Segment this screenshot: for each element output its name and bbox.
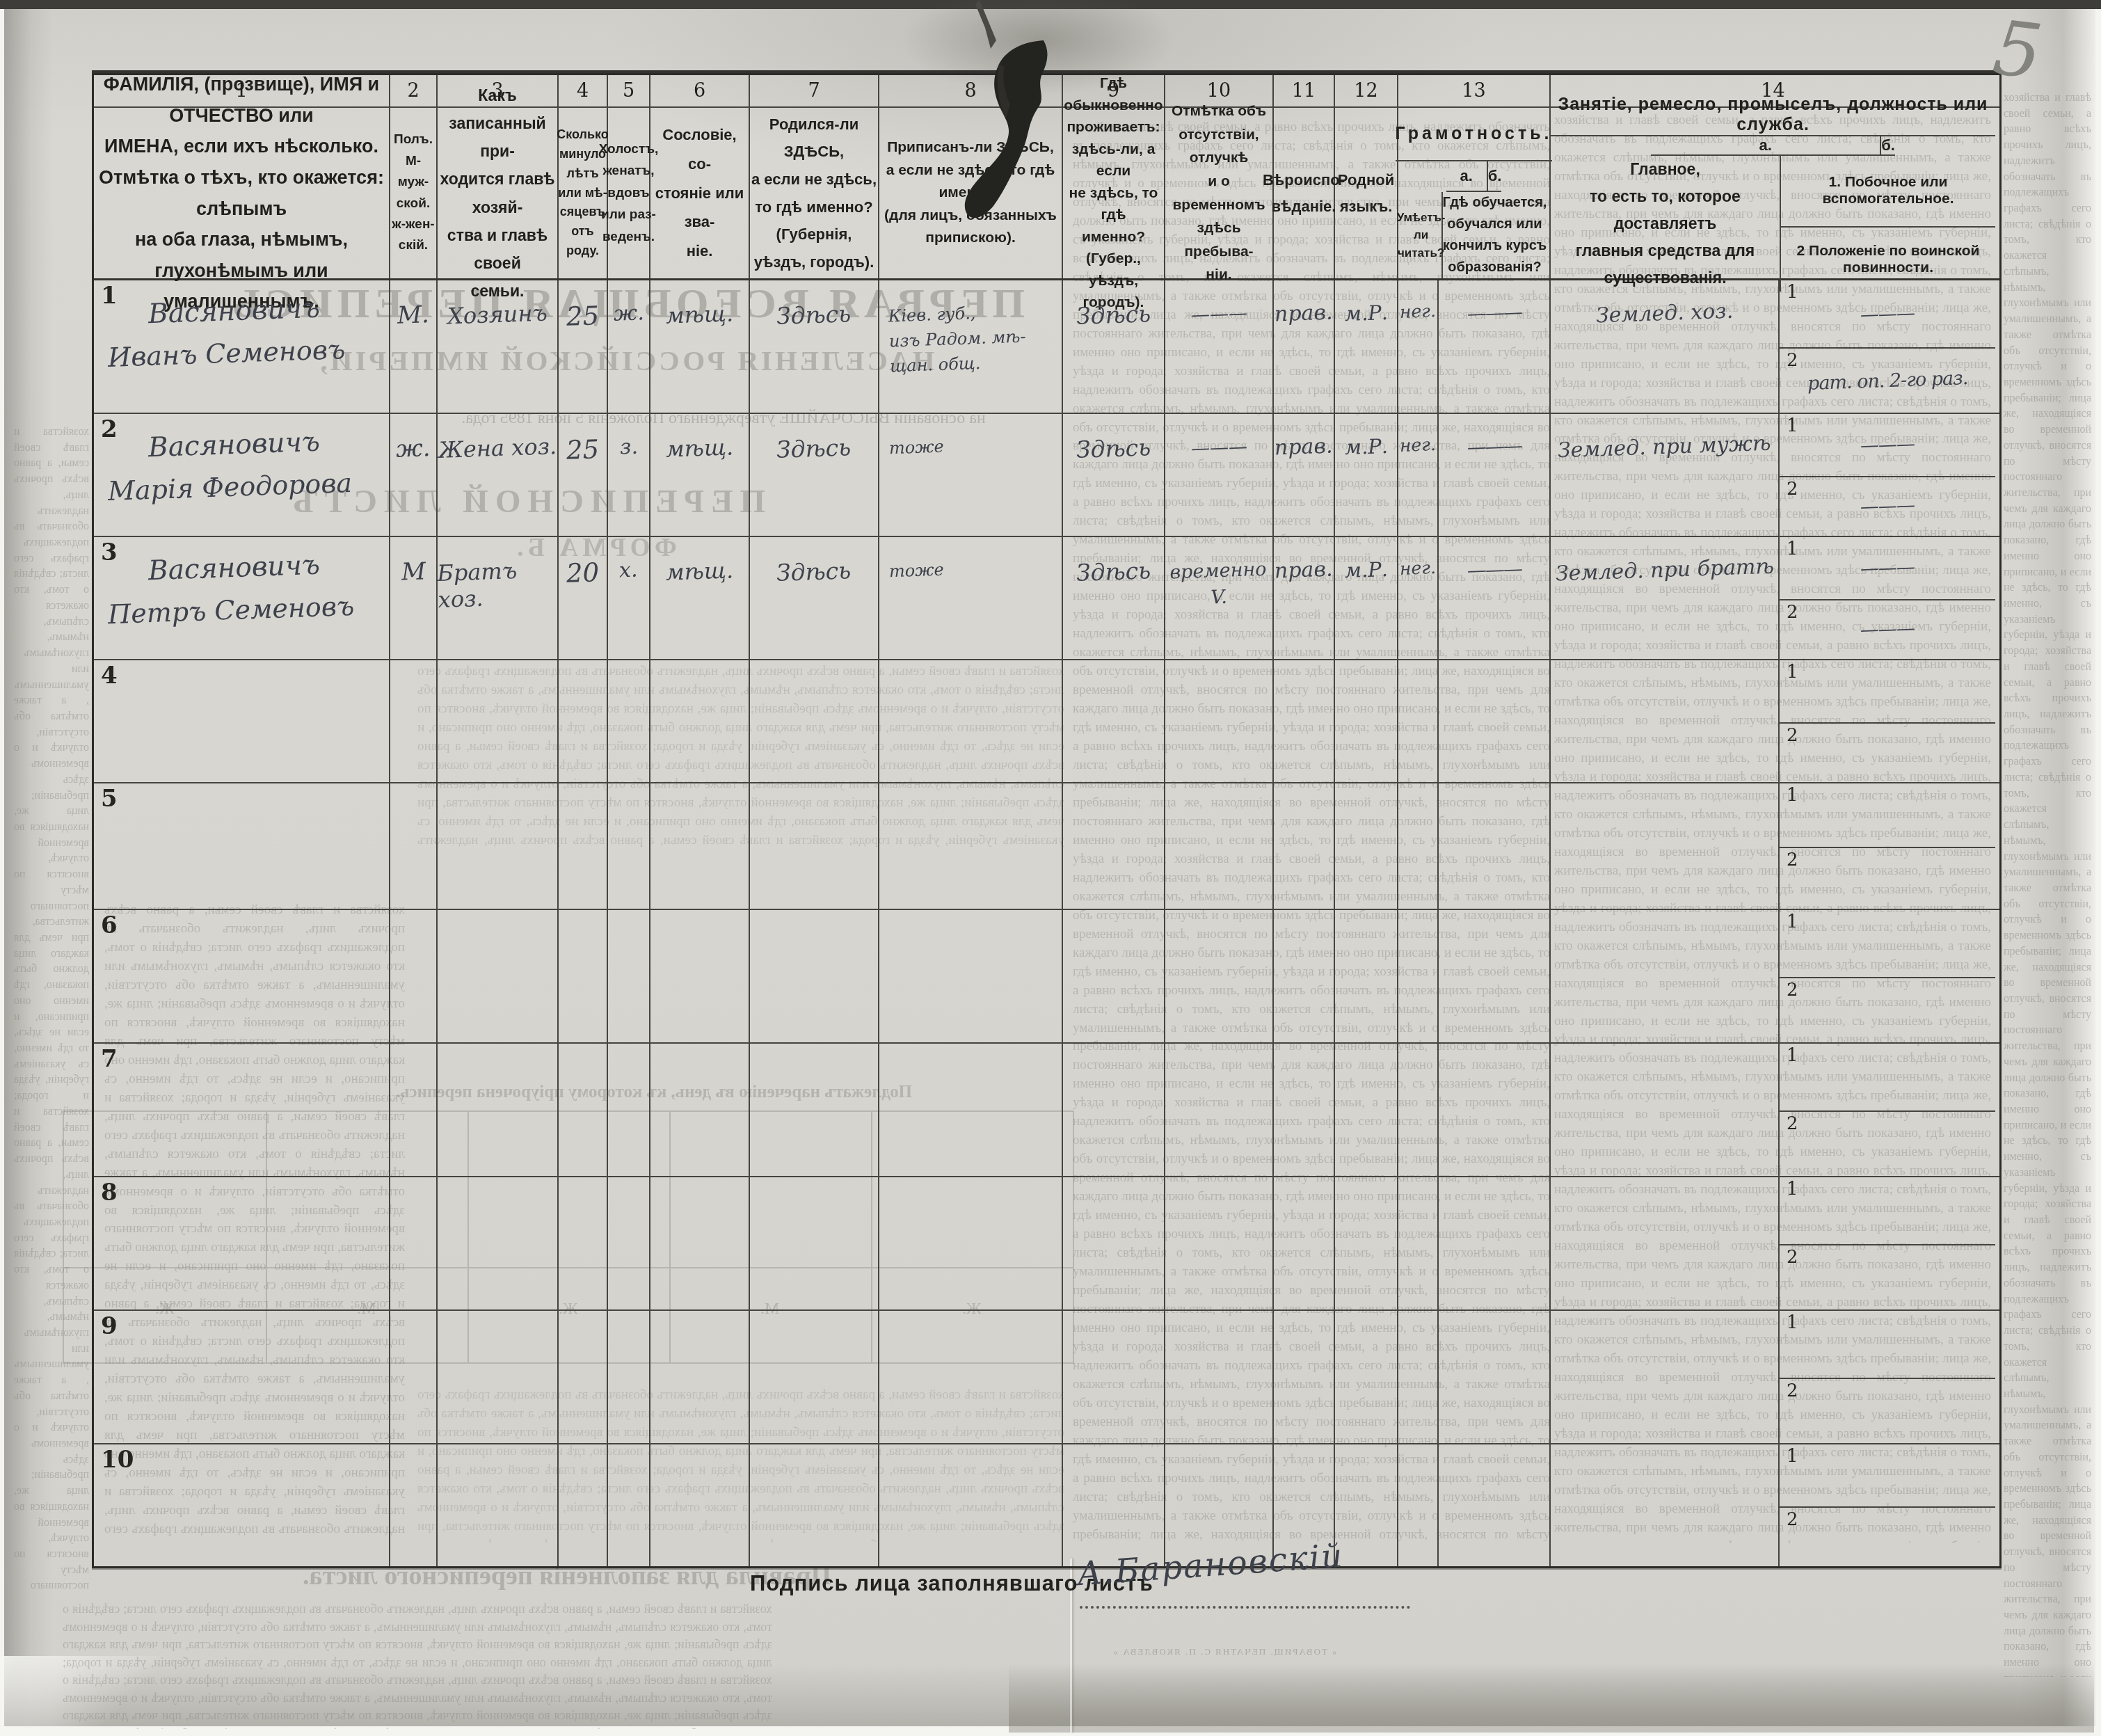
cell-sex: М xyxy=(390,537,438,659)
cell-registration xyxy=(879,1444,1063,1566)
cell-absence xyxy=(1165,910,1274,1042)
cell-residence xyxy=(1063,660,1165,782)
cell-relation xyxy=(438,1044,559,1176)
cell-reads xyxy=(1398,1444,1439,1566)
sub-label-1: 1 xyxy=(1787,415,1798,436)
cell-faith: прав. xyxy=(1274,537,1335,659)
cell-birthplace: Здѣсь xyxy=(750,414,879,536)
cell-name: 8 xyxy=(94,1177,390,1309)
cell-birthplace: Здѣсь xyxy=(750,280,879,413)
cell-language xyxy=(1335,910,1398,1042)
cell-estate xyxy=(650,910,750,1042)
scanned-census-sheet: ПЕРВАЯ ВСЕОБЩАЯ ПЕРЕПИСЬ НАСЕЛЕНІЯ РОССІ… xyxy=(0,0,2101,1736)
cell-birthplace xyxy=(750,1177,879,1309)
cell-absence xyxy=(1165,1311,1274,1443)
cell-relation: Братъ хоз. xyxy=(438,537,559,659)
cell-residence: Здѣсь xyxy=(1063,280,1165,413)
cell-occupation-secondary: 12 xyxy=(1780,783,1995,909)
column-number: 12 xyxy=(1335,75,1398,106)
bleedthrough-text: хозяйства и главѣ своей семьи, а равно в… xyxy=(14,424,89,1593)
header-literacy-a-text: Умѣетъ- ли читать? xyxy=(1401,192,1443,278)
row-number: 9 xyxy=(101,1312,118,1340)
cell-faith xyxy=(1274,1044,1335,1176)
cell-faith: прав. xyxy=(1274,414,1335,536)
table-body: 1ВасяновичъИванъ СеменовъМ.Хозяинъ25ж.мѣ… xyxy=(94,280,1999,1566)
header-residence: Гдѣ обыкновенно проживаетъ: здѣсь-ли, а … xyxy=(1063,108,1165,278)
header-literacy: Грамотность. a. б. Умѣетъ- ли читать? Гд… xyxy=(1398,108,1551,278)
sub-label-2: 2 xyxy=(1787,850,1798,870)
cell-name: 9 xyxy=(94,1311,390,1443)
cell-absence: временно V. xyxy=(1165,537,1274,659)
header-faith: Вѣроиспо- вѣданіе. xyxy=(1274,108,1335,278)
military-status: 2 xyxy=(1780,1112,1995,1176)
cell-reads: нег. xyxy=(1398,537,1439,659)
cell-occupation-secondary: 12 xyxy=(1780,1444,1995,1566)
sub-label-2: 2 xyxy=(1787,602,1798,623)
header-occupation: Занятіе, ремесло, промыселъ, должность и… xyxy=(1551,108,1995,278)
surname: Васяновичъ xyxy=(147,422,321,469)
cell-education: ——— xyxy=(1439,537,1551,659)
cell-faith xyxy=(1274,1311,1335,1443)
cell-occupation-secondary: 12 xyxy=(1780,1311,1995,1443)
cell-name: 3ВасяновичъПетръ Семеновъ xyxy=(94,537,390,659)
cell-residence: Здѣсь xyxy=(1063,414,1165,536)
cell-name: 6 xyxy=(94,910,390,1042)
cell-reads xyxy=(1398,1177,1439,1309)
cell-absence xyxy=(1165,783,1274,909)
cell-age xyxy=(559,1311,608,1443)
sub-label-1: 1 xyxy=(1787,1312,1798,1333)
occupation-side: 1 xyxy=(1780,1177,1995,1245)
sub-label-1: 1 xyxy=(1787,1179,1798,1200)
bleedthrough-text: хозяйства и главѣ своей семьи, а равно в… xyxy=(2004,90,2091,1677)
sub-label-1: 1 xyxy=(1787,539,1798,559)
cell-faith: прав. xyxy=(1274,280,1335,413)
header-row: ФАМИЛІЯ, (прозвище), ИМЯ и ОТЧЕСТВО или … xyxy=(94,108,1999,280)
row-number: 2 xyxy=(101,415,118,443)
cell-estate: мѣщ. xyxy=(650,280,750,413)
sub-label-2: 2 xyxy=(1787,1380,1798,1401)
row-number: 1 xyxy=(101,282,118,310)
cell-residence xyxy=(1063,783,1165,909)
table-row: 612 xyxy=(94,910,1999,1044)
cell-language xyxy=(1335,1444,1398,1566)
header-absence: Отмѣтка объ отсутствіи, отлучкѣ и о врем… xyxy=(1165,108,1274,278)
row-number: 4 xyxy=(101,662,118,690)
sub-label-2: 2 xyxy=(1787,980,1798,1001)
cell-name: 2ВасяновичъМарія Феодорова xyxy=(94,414,390,536)
cell-sex xyxy=(390,783,438,909)
cell-language: м.Р. xyxy=(1335,414,1398,536)
column-number: 5 xyxy=(608,75,650,106)
cell-residence xyxy=(1063,910,1165,1042)
cell-registration xyxy=(879,910,1063,1042)
census-table: 1 2 3 4 5 6 7 8 9 10 11 12 13 14 ФАМИЛІЯ… xyxy=(92,73,2002,1568)
cell-estate xyxy=(650,1444,750,1566)
cell-estate xyxy=(650,1177,750,1309)
cell-occupation-main: Землед. при мужѣ xyxy=(1551,414,1780,536)
occupation-side: 1——— xyxy=(1780,280,1995,349)
table-row: 2ВасяновичъМарія Феодороваж.Жена хоз.25з… xyxy=(94,414,1999,537)
occupation-side: 1 xyxy=(1780,1444,1995,1508)
cell-language xyxy=(1335,660,1398,782)
column-number: 7 xyxy=(750,75,879,106)
cell-occupation-main: Землед. при братѣ xyxy=(1551,537,1780,659)
occupation-side: 1 xyxy=(1780,1044,1995,1112)
cell-registration xyxy=(879,660,1063,782)
cell-absence: ——— xyxy=(1165,280,1274,413)
given-name: Иванъ Семеновъ xyxy=(107,328,346,379)
cell-absence: ——— xyxy=(1165,414,1274,536)
cell-age: 25 xyxy=(559,280,608,413)
table-row: 812 xyxy=(94,1177,1999,1311)
cell-relation xyxy=(438,660,559,782)
cell-absence xyxy=(1165,660,1274,782)
cell-birthplace xyxy=(750,1044,879,1176)
occupation-side: 1 xyxy=(1780,910,1995,978)
cell-age: 20 xyxy=(559,537,608,659)
header-occupation-b-label: б. xyxy=(1881,136,1895,154)
cell-relation: Жена хоз. xyxy=(438,414,559,536)
cell-faith xyxy=(1274,1177,1335,1309)
cell-occupation-secondary: 12 xyxy=(1780,1177,1995,1309)
cell-reads xyxy=(1398,783,1439,909)
sub-label-2: 2 xyxy=(1787,1113,1798,1134)
column-number: 13 xyxy=(1398,75,1551,106)
header-occupation-a-label: a. xyxy=(1651,136,1881,154)
cell-occupation-secondary: 12 xyxy=(1780,1044,1995,1176)
cell-registration: Кіев. губ., изъ Радом. мѣ- щан. общ. xyxy=(879,280,1063,413)
cell-relation xyxy=(438,1444,559,1566)
header-birthplace: Родился-ли ЗДѢСЬ, а если не здѣсь, то гд… xyxy=(750,108,879,278)
sub-label-2: 2 xyxy=(1787,1509,1798,1530)
cell-age xyxy=(559,910,608,1042)
cell-occupation-secondary: 1———2рат. оп. 2-го раз. xyxy=(1780,280,1995,413)
cell-sex xyxy=(390,910,438,1042)
header-literacy-b-text: Гдѣ обучается, обучался или кончилъ курс… xyxy=(1443,192,1547,278)
table-row: 412 xyxy=(94,660,1999,783)
cell-sex xyxy=(390,1444,438,1566)
cell-occupation-secondary: 1———2——— xyxy=(1780,537,1995,659)
cell-occupation-main xyxy=(1551,1311,1780,1443)
column-number: 11 xyxy=(1274,75,1335,106)
military-status: 2 xyxy=(1780,1245,1995,1309)
cell-education xyxy=(1439,1311,1551,1443)
cell-relation: Хозяинъ xyxy=(438,280,559,413)
cell-relation xyxy=(438,910,559,1042)
column-number: 6 xyxy=(650,75,750,106)
table-row: 712 xyxy=(94,1044,1999,1177)
header-occupation-b1-text: 1. Побочное или вспомогательное. xyxy=(1781,156,1995,228)
cell-registration xyxy=(879,1044,1063,1176)
cell-registration: тоже xyxy=(879,414,1063,536)
cell-marital xyxy=(608,910,650,1042)
row-number: 7 xyxy=(101,1045,118,1073)
cell-language: м.Р. xyxy=(1335,280,1398,413)
cell-sex: ж. xyxy=(390,414,438,536)
cell-age xyxy=(559,783,608,909)
table-row: 912 xyxy=(94,1311,1999,1444)
cell-occupation-main xyxy=(1551,1444,1780,1566)
given-name: Марія Феодорова xyxy=(107,461,353,512)
row-number: 8 xyxy=(101,1179,118,1207)
occupation-side: 1 xyxy=(1780,783,1995,848)
cell-reads xyxy=(1398,660,1439,782)
cell-marital xyxy=(608,1311,650,1443)
row-number: 10 xyxy=(101,1446,134,1474)
header-literacy-a-label: a. xyxy=(1446,161,1488,191)
cell-birthplace xyxy=(750,660,879,782)
cell-relation xyxy=(438,1311,559,1443)
cell-age xyxy=(559,1444,608,1566)
cell-estate xyxy=(650,783,750,909)
header-occupation-a-text: Главное, то есть то, которое доставляетъ… xyxy=(1551,156,1781,292)
cell-estate xyxy=(650,1044,750,1176)
cell-language xyxy=(1335,1177,1398,1309)
bleedthrough-imprint: « ТОВАРИЩ. ПЕЧАТНЯ С. П. ЯКОВЛЕВА » xyxy=(1075,1646,1374,1657)
column-number: 2 xyxy=(390,75,438,106)
header-literacy-title: Грамотность. xyxy=(1396,108,1553,161)
cell-sex xyxy=(390,1044,438,1176)
occupation-side: 1 xyxy=(1780,660,1995,724)
cell-occupation-main xyxy=(1551,783,1780,909)
occupation-side: 1 xyxy=(1780,1311,1995,1379)
military-status: 2 xyxy=(1780,978,1995,1042)
sub-label-1: 1 xyxy=(1787,662,1798,683)
header-sex: Полъ. М-муж- ской. ж-жен- скій. xyxy=(390,108,438,278)
given-name: Петръ Семеновъ xyxy=(107,584,355,635)
cell-estate xyxy=(650,660,750,782)
cell-age: 25 xyxy=(559,414,608,536)
cell-reads xyxy=(1398,1311,1439,1443)
cell-marital xyxy=(608,660,650,782)
surname: Васяновичъ xyxy=(147,546,321,592)
cell-occupation-secondary: 1———2——— xyxy=(1780,414,1995,536)
surname: Васяновичъ xyxy=(147,289,321,335)
cell-name: 10 xyxy=(94,1444,390,1566)
military-status: 2 xyxy=(1780,848,1995,909)
cell-education xyxy=(1439,783,1551,909)
cell-occupation-secondary: 12 xyxy=(1780,660,1995,782)
cell-language xyxy=(1335,783,1398,909)
cell-education xyxy=(1439,1444,1551,1566)
row-number: 3 xyxy=(101,539,118,566)
cell-birthplace xyxy=(750,1444,879,1566)
cell-birthplace xyxy=(750,910,879,1042)
header-name: ФАМИЛІЯ, (прозвище), ИМЯ и ОТЧЕСТВО или … xyxy=(94,108,390,278)
military-status: 2——— xyxy=(1780,477,1995,536)
cell-sex xyxy=(390,660,438,782)
cell-absence xyxy=(1165,1177,1274,1309)
cell-marital xyxy=(608,1444,650,1566)
sub-label-2: 2 xyxy=(1787,350,1798,371)
table-row: 1012 xyxy=(94,1444,1999,1566)
military-status: 2рат. оп. 2-го раз. xyxy=(1780,349,1995,413)
cell-education xyxy=(1439,660,1551,782)
cell-reads xyxy=(1398,910,1439,1042)
cell-language xyxy=(1335,1311,1398,1443)
cell-sex: М. xyxy=(390,280,438,413)
sub-label-2: 2 xyxy=(1787,479,1798,500)
cell-occupation-main xyxy=(1551,660,1780,782)
cell-education xyxy=(1439,1177,1551,1309)
occupation-side: 1——— xyxy=(1780,537,1995,600)
cell-education xyxy=(1439,1044,1551,1176)
cell-residence: Здѣсь xyxy=(1063,537,1165,659)
military-status: 2——— xyxy=(1780,600,1995,659)
cell-relation xyxy=(438,783,559,909)
sub-label-1: 1 xyxy=(1787,1045,1798,1066)
cell-marital: ж. xyxy=(608,280,650,413)
cell-occupation-main xyxy=(1551,1044,1780,1176)
header-occupation-title: Занятіе, ремесло, промыселъ, должность и… xyxy=(1551,95,1995,136)
cell-birthplace xyxy=(750,783,879,909)
cell-residence xyxy=(1063,1044,1165,1176)
table-row: 1ВасяновичъИванъ СеменовъМ.Хозяинъ25ж.мѣ… xyxy=(94,280,1999,414)
cell-birthplace xyxy=(750,1311,879,1443)
column-number: 8 xyxy=(879,75,1063,106)
cell-registration xyxy=(879,783,1063,909)
cell-faith xyxy=(1274,660,1335,782)
cell-faith xyxy=(1274,910,1335,1042)
cell-marital xyxy=(608,1044,650,1176)
cell-occupation-main xyxy=(1551,1177,1780,1309)
cell-marital xyxy=(608,1177,650,1309)
sub-label-1: 1 xyxy=(1787,1446,1798,1467)
cell-residence xyxy=(1063,1311,1165,1443)
cell-age xyxy=(559,660,608,782)
cell-residence xyxy=(1063,1444,1165,1566)
cell-age xyxy=(559,1044,608,1176)
cell-registration: тоже xyxy=(879,537,1063,659)
cell-language xyxy=(1335,1044,1398,1176)
row-number: 5 xyxy=(101,785,118,813)
cell-education xyxy=(1439,910,1551,1042)
cell-residence xyxy=(1063,1177,1165,1309)
table-row: 512 xyxy=(94,783,1999,910)
cell-birthplace: Здѣсь xyxy=(750,537,879,659)
cell-sex xyxy=(390,1177,438,1309)
header-language: Родной языкъ. xyxy=(1335,108,1398,278)
cell-marital xyxy=(608,783,650,909)
sub-label-1: 1 xyxy=(1787,911,1798,932)
cell-reads: нег. xyxy=(1398,414,1439,536)
cell-absence xyxy=(1165,1044,1274,1176)
cell-occupation-main: Землед. хоз. xyxy=(1551,280,1780,413)
cell-language: м.Р. xyxy=(1335,537,1398,659)
cell-name: 7 xyxy=(94,1044,390,1176)
military-status: 2 xyxy=(1780,1379,1995,1443)
cell-education: ——— xyxy=(1439,280,1551,413)
cell-name: 1ВасяновичъИванъ Семеновъ xyxy=(94,280,390,413)
header-estate: Сословіе, со- стояніе или зва- ніе. xyxy=(650,108,750,278)
cell-registration xyxy=(879,1311,1063,1443)
row-number: 6 xyxy=(101,911,118,939)
sub-label-2: 2 xyxy=(1787,1247,1798,1268)
cell-estate xyxy=(650,1311,750,1443)
cell-name: 5 xyxy=(94,783,390,909)
military-status: 2 xyxy=(1780,1508,1995,1566)
cell-marital: х. xyxy=(608,537,650,659)
sub-label-1: 1 xyxy=(1787,282,1798,303)
header-registration: Приписанъ-ли ЗДѢСЬ, а если не здѣсь, то … xyxy=(879,108,1063,278)
military-status: 2 xyxy=(1780,724,1995,782)
table-row: 3ВасяновичъПетръ СеменовъМБратъ хоз.20х.… xyxy=(94,537,1999,660)
bleedthrough-text: хозяйства и главѣ своей семьи, а равно в… xyxy=(63,1600,772,1729)
cell-estate: мѣщ. xyxy=(650,537,750,659)
cell-reads: нег. xyxy=(1398,280,1439,413)
header-marital: Холостъ, женатъ, вдовъ или раз- веденъ. xyxy=(608,108,650,278)
cell-relation xyxy=(438,1177,559,1309)
cell-faith xyxy=(1274,783,1335,909)
cell-education: ——— xyxy=(1439,414,1551,536)
sub-label-1: 1 xyxy=(1787,785,1798,806)
cell-sex xyxy=(390,1311,438,1443)
cell-registration xyxy=(879,1177,1063,1309)
header-literacy-b-label: б. xyxy=(1488,161,1502,191)
sub-label-2: 2 xyxy=(1787,725,1798,746)
column-number: 4 xyxy=(559,75,608,106)
cell-age xyxy=(559,1177,608,1309)
cell-marital: з. xyxy=(608,414,650,536)
cell-occupation-main xyxy=(1551,910,1780,1042)
occupation-side: 1——— xyxy=(1780,414,1995,477)
cell-name: 4 xyxy=(94,660,390,782)
cell-estate: мѣщ. xyxy=(650,414,750,536)
header-relation: Какъ записанный при- ходится главѣ хозяй… xyxy=(438,108,559,278)
cell-reads xyxy=(1398,1044,1439,1176)
cell-occupation-secondary: 12 xyxy=(1780,910,1995,1042)
